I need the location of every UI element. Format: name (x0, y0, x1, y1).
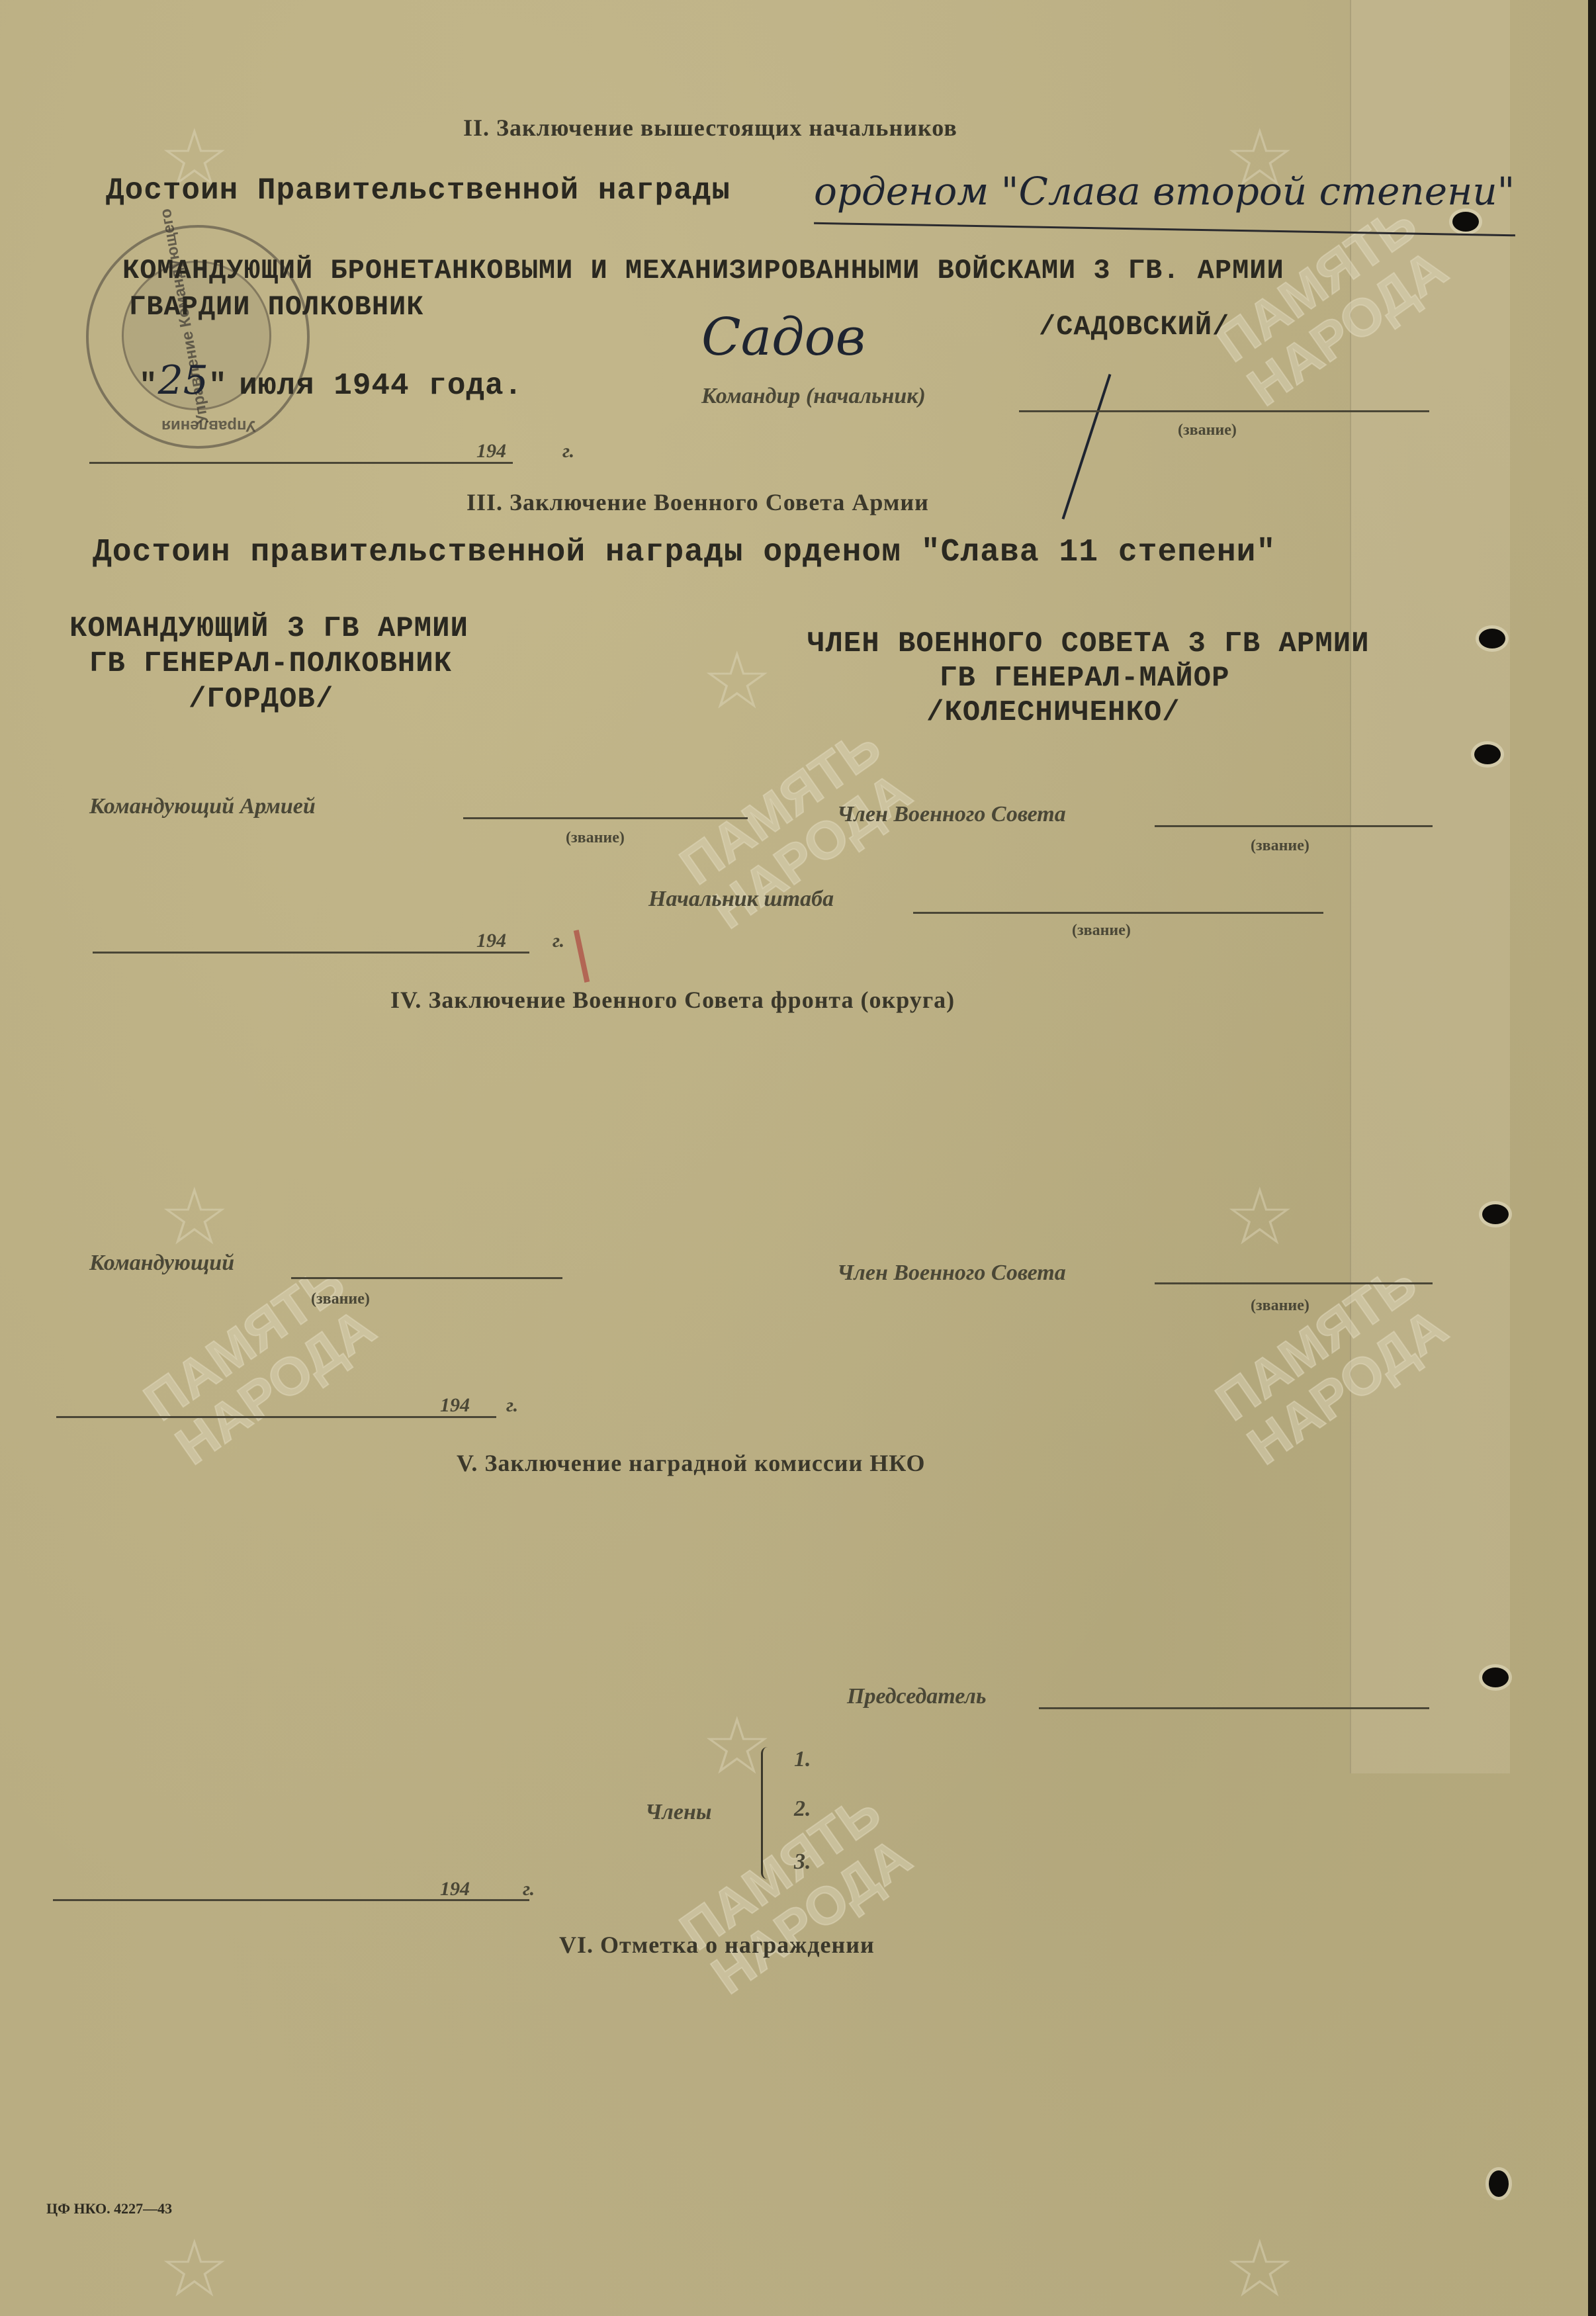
rank-label: (звание) (1251, 837, 1309, 855)
members-label: Члены (645, 1800, 711, 1825)
signature-line (463, 817, 748, 819)
punch-hole (1482, 1204, 1509, 1224)
member-3-number: 3. (794, 1849, 811, 1875)
red-pencil-mark (574, 930, 590, 983)
commander-name: /САДОВСКИЙ/ (1039, 311, 1229, 343)
page-edge (1588, 0, 1596, 2316)
council-member-label: Член Военного Совета (837, 802, 1066, 827)
member-1-number: 1. (794, 1747, 811, 1772)
signature-line (1039, 1707, 1429, 1709)
star-icon: ☆ (1224, 2223, 1296, 2315)
year-prefix: 194 (440, 1878, 470, 1900)
army-commander-title: КОМАНДУЮЩИЙ 3 ГВ АРМИИ (69, 612, 468, 645)
army-council-award-line: Достоин правительственной награды ордено… (93, 535, 1276, 570)
signing-date: "25" июля 1944 года. (139, 357, 523, 404)
council-member-title: ЧЛЕН ВОЕННОГО СОВЕТА 3 ГВ АРМИИ (807, 627, 1370, 660)
year-suffix: г. (562, 440, 574, 463)
members-brace (761, 1747, 776, 1879)
year-prefix: 194 (440, 1394, 470, 1417)
date-day-handwritten: 25 (158, 357, 208, 404)
army-commander-label: Командующий Армией (89, 794, 316, 819)
army-commander-name: /ГОРДОВ/ (189, 683, 333, 716)
commander-title-line1: КОМАНДУЮЩИЙ БРОНЕТАНКОВЫМИ И МЕХАНИЗИРОВ… (122, 255, 1284, 287)
award-recommendation-handwritten: орденом "Слава второй степени" (814, 169, 1515, 214)
army-commander-rank: ГВ ГЕНЕРАЛ-ПОЛКОВНИК (89, 647, 452, 680)
chief-of-staff-label: Начальник штаба (648, 887, 834, 912)
section-3-heading: III. Заключение Военного Совета Армии (466, 488, 929, 516)
member-2-number: 2. (794, 1797, 811, 1822)
section-5-heading: V. Заключение наградной комиссии НКО (457, 1449, 926, 1477)
year-prefix: 194 (476, 930, 506, 952)
rank-label: (звание) (1251, 1297, 1309, 1315)
commander-signature: Садов (701, 308, 865, 367)
stamp-text: Управления (161, 416, 256, 435)
signature-line (1019, 410, 1429, 412)
year-suffix: г. (553, 930, 564, 952)
commander-label: Командир (начальник) (701, 384, 926, 409)
year-suffix: г. (523, 1878, 535, 1900)
award-recommendation-typed: Достоин Правительственной награды (106, 173, 731, 208)
punch-hole (1489, 2170, 1509, 2197)
signature-line (913, 912, 1323, 914)
signature-line (1155, 825, 1433, 827)
punch-hole (1479, 629, 1505, 648)
date-line (89, 462, 513, 464)
council-member-rank: ГВ ГЕНЕРАЛ-МАЙОР (940, 662, 1229, 695)
date-line (56, 1416, 496, 1418)
watermark: ПАМЯТЬНАРОДА (135, 1255, 384, 1475)
front-commander-label: Командующий (89, 1251, 234, 1276)
punch-hole (1452, 212, 1479, 232)
chairman-label: Председатель (847, 1684, 987, 1709)
star-icon: ☆ (701, 635, 773, 727)
rank-label: (звание) (1178, 422, 1237, 439)
rank-label: (звание) (311, 1290, 370, 1308)
commander-title-line2: ГВАРДИИ ПОЛКОВНИК (129, 291, 423, 323)
section-2-heading: II. Заключение вышестоящих начальников (463, 114, 957, 142)
year-suffix: г. (506, 1394, 518, 1417)
rank-label: (звание) (566, 829, 625, 847)
star-icon: ☆ (159, 1171, 230, 1263)
year-prefix: 194 (476, 440, 506, 463)
front-council-member-label: Член Военного Совета (837, 1261, 1066, 1286)
punch-hole (1474, 744, 1501, 764)
signature-line (1155, 1282, 1433, 1284)
punch-hole (1482, 1668, 1509, 1687)
council-member-name: /КОЛЕСНИЧЕНКО/ (926, 696, 1180, 729)
star-icon: ☆ (159, 2223, 230, 2315)
date-line (93, 952, 529, 954)
star-icon: ☆ (1224, 1171, 1296, 1263)
signature-line (291, 1277, 562, 1279)
print-code: ЦФ НКО. 4227—43 (46, 2200, 172, 2217)
signature-stroke (1062, 374, 1112, 519)
section-6-heading: VI. Отметка о награждении (559, 1931, 875, 1959)
section-4-heading: IV. Заключение Военного Совета фронта (о… (390, 986, 955, 1014)
date-month-year: июля 1944 года. (239, 369, 523, 403)
rank-label: (звание) (1072, 922, 1131, 940)
